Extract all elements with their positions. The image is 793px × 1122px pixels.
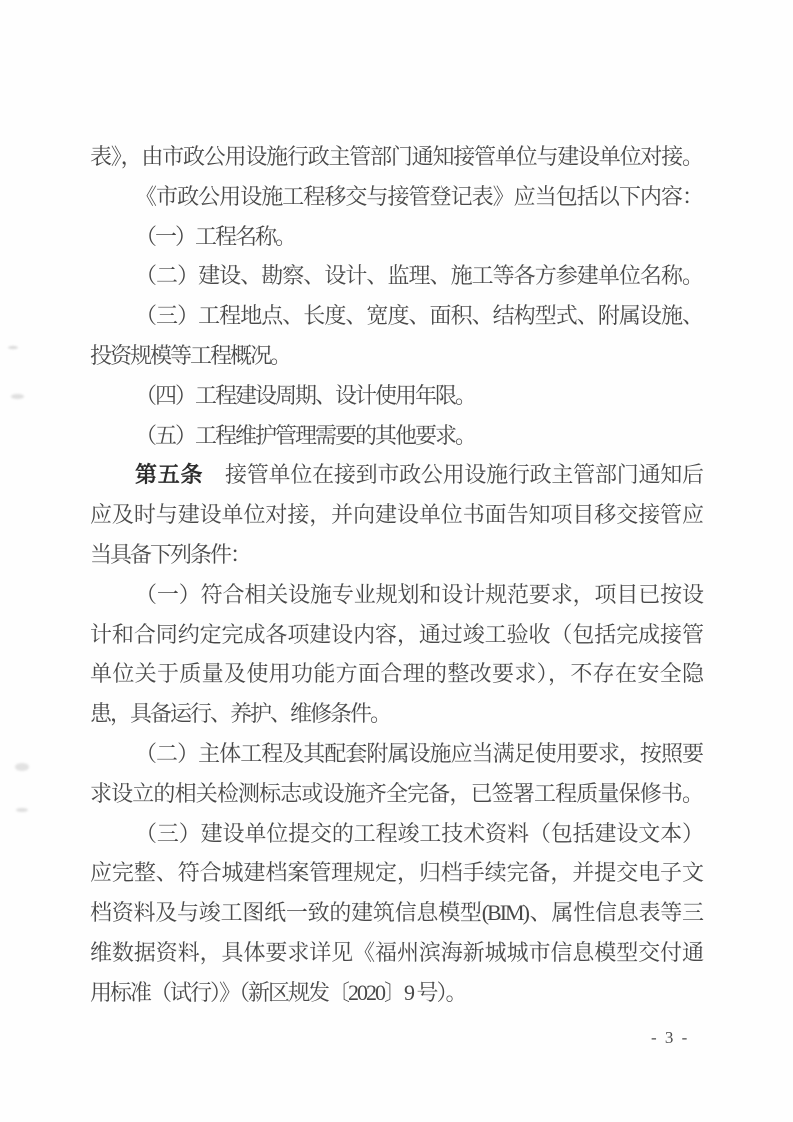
text-line: 患，具备运行、养护、维修条件。: [90, 694, 702, 734]
text-line: （二）主体工程及其配套附属设施应当满足使用要求，按照要: [90, 734, 702, 774]
text-line: 《市政公用设施工程移交与接管登记表》应当包括以下内容：: [90, 177, 702, 217]
text-line: （一）工程名称。: [90, 217, 702, 257]
scan-artifact: [16, 808, 28, 812]
text-line: 应及时与建设单位对接，并向建设单位书面告知项目移交接管应: [90, 495, 702, 535]
text-line: 档资料及与竣工图纸一致的建筑信息模型(BIM)、属性信息表等三: [90, 893, 702, 933]
scan-artifact: [15, 763, 29, 771]
page-number: - 3 -: [651, 1028, 689, 1048]
text-line: （三）建设单位提交的工程竣工技术资料（包括建设文本）: [90, 814, 702, 854]
article-number-bold: 第五条: [135, 462, 203, 487]
text-line: 表》，由市政公用设施行政主管部门通知接管单位与建设单位对接。: [90, 137, 702, 177]
document-page: 表》，由市政公用设施行政主管部门通知接管单位与建设单位对接。《市政公用设施工程移…: [0, 0, 793, 1122]
text-line: 投资规模等工程概况。: [90, 336, 702, 376]
text-line: （五）工程维护管理需要的其他要求。: [90, 416, 702, 456]
scan-artifact: [8, 346, 18, 349]
text-line: 计和合同约定完成各项建设内容，通过竣工验收（包括完成接管: [90, 615, 702, 655]
text-line: 维数据资料，具体要求详见《福州滨海新城城市信息模型交付通: [90, 933, 702, 973]
text-line: 应完整、符合城建档案管理规定，归档手续完备，并提交电子文: [90, 853, 702, 893]
text-line: 用标准（试行）》（新区规发〔2020〕9 号）。: [90, 973, 702, 1013]
text-line: 单位关于质量及使用功能方面合理的整改要求），不存在安全隐: [90, 654, 702, 694]
text-line: 当具备下列条件：: [90, 535, 702, 575]
scan-artifact: [11, 394, 24, 399]
text-line: （二）建设、勘察、设计、监理、施工等各方参建单位名称。: [90, 256, 702, 296]
text-line: 第五条 接管单位在接到市政公用设施行政主管部门通知后: [90, 455, 702, 495]
text-line: 求设立的相关检测标志或设施齐全完备，已签署工程质量保修书。: [90, 774, 702, 814]
text-line: （一）符合相关设施专业规划和设计规范要求，项目已按设: [90, 575, 702, 615]
text-line: （三）工程地点、长度、宽度、面积、结构型式、附属设施、: [90, 296, 702, 336]
text-line: （四）工程建设周期、设计使用年限。: [90, 376, 702, 416]
document-body: 表》，由市政公用设施行政主管部门通知接管单位与建设单位对接。《市政公用设施工程移…: [90, 137, 702, 1013]
